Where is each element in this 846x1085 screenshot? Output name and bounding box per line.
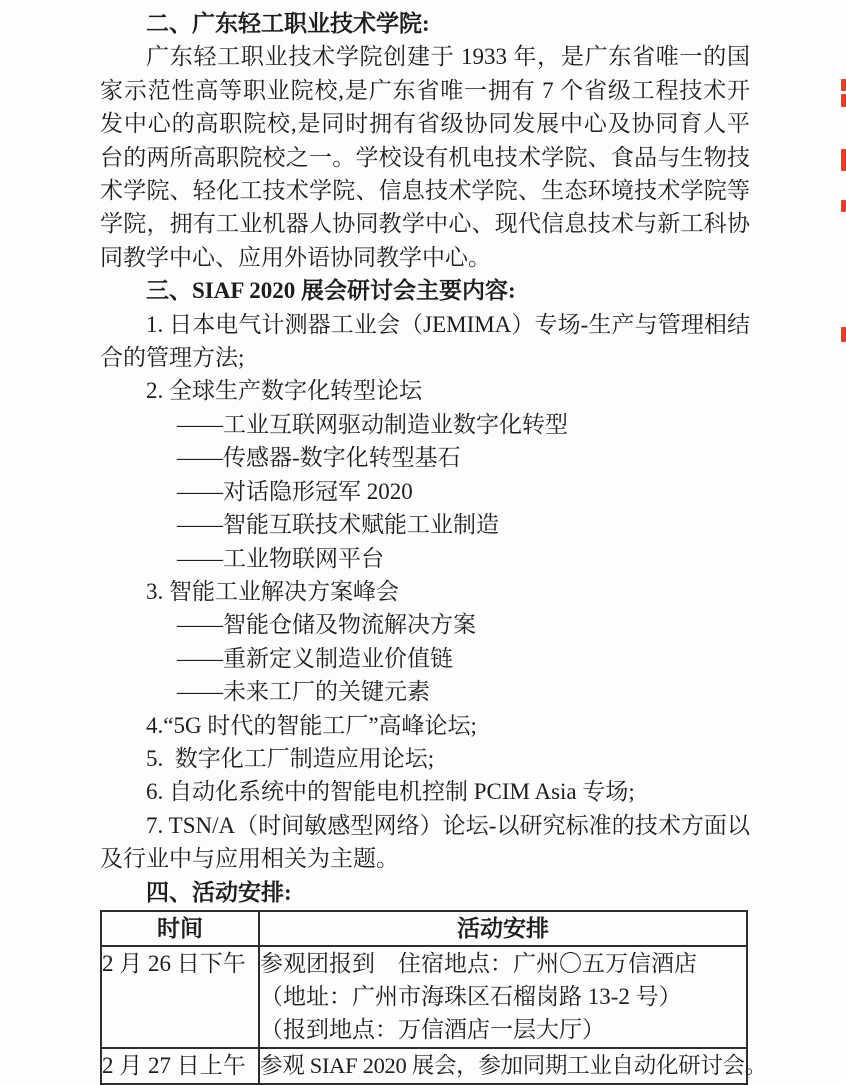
doc-line: 台的两所高职院校之一。学校设有机电技术学院、食品与生物技 [100, 141, 750, 174]
document-lines: 二、广东轻工职业技术学院:广东轻工职业技术学院创建于 1933 年，是广东省唯一… [100, 0, 750, 909]
doc-line: ——对话隐形冠军 2020 [100, 475, 750, 508]
doc-line: ——工业物联网平台 [100, 542, 750, 575]
activity-line: 参观 SIAF 2020 展会，参加同期工业自动化研讨会。 [260, 1049, 746, 1083]
doc-line: 术学院、轻化工技术学院、信息技术学院、生态环境技术学院等 [100, 174, 750, 207]
doc-line: 2. 全球生产数字化转型论坛 [100, 374, 750, 407]
doc-line: 3. 智能工业解决方案峰会 [100, 575, 750, 608]
doc-line: 学院，拥有工业机器人协同教学中心、现代信息技术与新工科协 [100, 207, 750, 240]
table-row: 2 月 27 日上午 参观 SIAF 2020 展会，参加同期工业自动化研讨会。 [101, 1048, 747, 1084]
doc-line: 同教学中心、应用外语协同教学中心。 [100, 241, 750, 274]
red-edge-mark [841, 79, 846, 91]
red-edge-mark [841, 149, 846, 171]
doc-line: 6. 自动化系统中的智能电机控制 PCIM Asia 专场; [100, 775, 750, 808]
doc-line: 4.“5G 时代的智能工厂”高峰论坛; [100, 709, 750, 742]
doc-line: ——智能仓储及物流解决方案 [100, 608, 750, 641]
section-heading: 二、广东轻工职业技术学院: [100, 7, 750, 40]
doc-line: 5. 数字化工厂制造应用论坛; [100, 742, 750, 775]
section-heading: 四、活动安排: [100, 876, 750, 909]
doc-line: 1. 日本电气计测器工业会（JEMIMA）专场-生产与管理相结 [100, 308, 750, 341]
table-cell-time: 2 月 27 日上午 [101, 1048, 259, 1084]
table-cell-activity: 参观 SIAF 2020 展会，参加同期工业自动化研讨会。 [259, 1048, 747, 1084]
doc-line: ——工业互联网驱动制造业数字化转型 [100, 408, 750, 441]
scanned-document-page: 二、广东轻工职业技术学院:广东轻工职业技术学院创建于 1933 年，是广东省唯一… [0, 0, 846, 1085]
doc-line: 发中心的高职院校,是同时拥有省级协同发展中心及协同育人平 [100, 107, 750, 140]
table-cell-activity: 参观团报到 住宿地点：广州〇五万信酒店 （地址：广州市海珠区石榴岗路 13-2 … [259, 946, 747, 1048]
doc-line: 7. TSN/A（时间敏感型网络）论坛-以研究标准的技术方面以 [100, 809, 750, 842]
doc-line: ——重新定义制造业价值链 [100, 642, 750, 675]
section-heading: 三、SIAF 2020 展会研讨会主要内容: [100, 274, 750, 307]
doc-line: 及行业中与应用相关为主题。 [100, 842, 750, 875]
activity-table: 时间 活动安排 2 月 26 日下午 参观团报到 住宿地点：广州〇五万信酒店 （… [100, 910, 748, 1085]
red-edge-mark [841, 327, 846, 342]
doc-line: 家示范性高等职业院校,是广东省唯一拥有 7 个省级工程技术开 [100, 74, 750, 107]
activity-line: 参观团报到 住宿地点：广州〇五万信酒店 [260, 947, 746, 980]
table-header-row: 时间 活动安排 [101, 911, 747, 946]
red-edge-mark [841, 94, 846, 107]
table-header-time: 时间 [101, 911, 259, 946]
doc-line: ——智能互联技术赋能工业制造 [100, 508, 750, 541]
table-header-activity: 活动安排 [259, 911, 747, 946]
table-cell-time: 2 月 26 日下午 [101, 946, 259, 1048]
red-edge-mark [841, 200, 846, 212]
doc-line: ——传感器-数字化转型基石 [100, 441, 750, 474]
doc-line: 广东轻工职业技术学院创建于 1933 年，是广东省唯一的国 [100, 40, 750, 73]
activity-line: （报到地点：万信酒店一层大厅） [260, 1013, 746, 1046]
doc-line: 合的管理方法; [100, 341, 750, 374]
activity-line: （地址：广州市海珠区石榴岗路 13-2 号） [260, 980, 746, 1013]
table-row: 2 月 26 日下午 参观团报到 住宿地点：广州〇五万信酒店 （地址：广州市海珠… [101, 946, 747, 1048]
doc-line: ——未来工厂的关键元素 [100, 675, 750, 708]
